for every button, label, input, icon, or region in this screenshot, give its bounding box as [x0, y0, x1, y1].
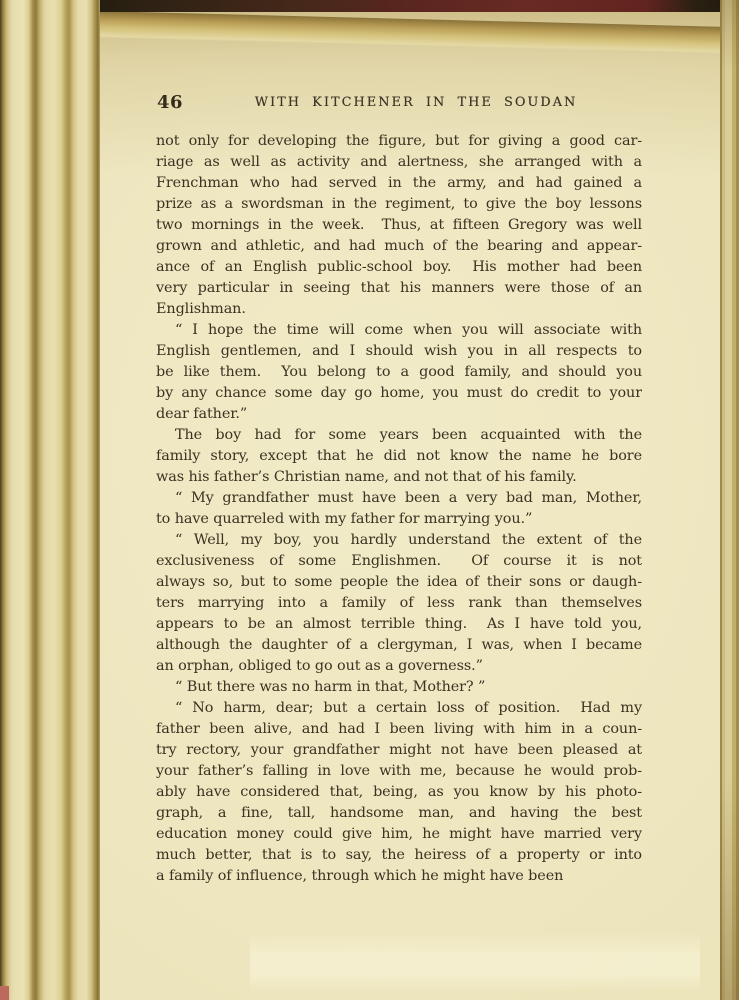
text-line: exclusiveness of some Englishmen. Of cou…	[156, 551, 642, 572]
text-line: be like them. You belong to a good famil…	[156, 362, 642, 383]
text-line: your father’s falling in love with me, b…	[156, 761, 642, 782]
text-line: appears to be an almost terrible thing. …	[156, 614, 642, 635]
text-line: “ No harm, dear; but a certain loss of p…	[156, 698, 642, 719]
text-line: although the daughter of a clergyman, I …	[156, 635, 642, 656]
text-line: very particular in seeing that his manne…	[156, 278, 642, 299]
text-line: much better, that is to say, the heiress…	[156, 845, 642, 866]
text-line: father been alive, and had I been living…	[156, 719, 642, 740]
text-line: “ My grandfather must have been a very b…	[156, 488, 642, 509]
text-line: by any chance some day go home, you must…	[156, 383, 642, 404]
book-cover-top-band	[24, 0, 739, 12]
text-line: Frenchman who had served in the army, an…	[156, 173, 642, 194]
text-line: “ I hope the time will come when you wil…	[156, 320, 642, 341]
page-bottom-scan-streaks	[250, 932, 700, 992]
text-line: riage as well as activity and alertness,…	[156, 152, 642, 173]
running-title: WITH KITCHENER IN THE SOUDAN	[255, 95, 578, 110]
text-line: “ But there was no harm in that, Mother?…	[156, 677, 642, 698]
text-line: a family of influence, through which he …	[156, 866, 642, 887]
book-left-page-edges	[0, 0, 100, 1000]
text-line: Englishman.	[156, 299, 642, 320]
text-line: dear father.”	[156, 404, 642, 425]
text-line: not only for developing the figure, but …	[156, 131, 642, 152]
text-line: graph, a fine, tall, handsome man, and h…	[156, 803, 642, 824]
text-line: ance of an English public-school boy. Hi…	[156, 257, 642, 278]
text-line: family story, except that he did not kno…	[156, 446, 642, 467]
text-line: ably have considered that, being, as you…	[156, 782, 642, 803]
text-line: The boy had for some years been acquaint…	[156, 425, 642, 446]
text-line: two mornings in the week. Thus, at fifte…	[156, 215, 642, 236]
text-line: to have quarreled with my father for mar…	[156, 509, 642, 530]
printed-content: 46 WITH KITCHENER IN THE SOUDAN not only…	[156, 92, 642, 887]
book-right-page-edges	[720, 0, 739, 1000]
text-line: try rectory, your grandfather might not …	[156, 740, 642, 761]
text-block: not only for developing the figure, but …	[156, 131, 642, 887]
page-header: 46 WITH KITCHENER IN THE SOUDAN	[156, 92, 642, 131]
text-line: English gentlemen, and I should wish you…	[156, 341, 642, 362]
text-line: an orphan, obliged to go out as a govern…	[156, 656, 642, 677]
text-line: was his father’s Christian name, and not…	[156, 467, 642, 488]
text-line: ters marrying into a family of less rank…	[156, 593, 642, 614]
text-line: always so, but to some people the idea o…	[156, 572, 642, 593]
text-line: education money could give him, he might…	[156, 824, 642, 845]
text-line: prize as a swordsman in the regiment, to…	[156, 194, 642, 215]
text-line: “ Well, my boy, you hardly understand th…	[156, 530, 642, 551]
text-line: grown and athletic, and had much of the …	[156, 236, 642, 257]
page-number: 46	[157, 92, 183, 113]
scanned-book-page: 46 WITH KITCHENER IN THE SOUDAN not only…	[0, 0, 739, 1000]
cover-sliver	[0, 986, 9, 1000]
